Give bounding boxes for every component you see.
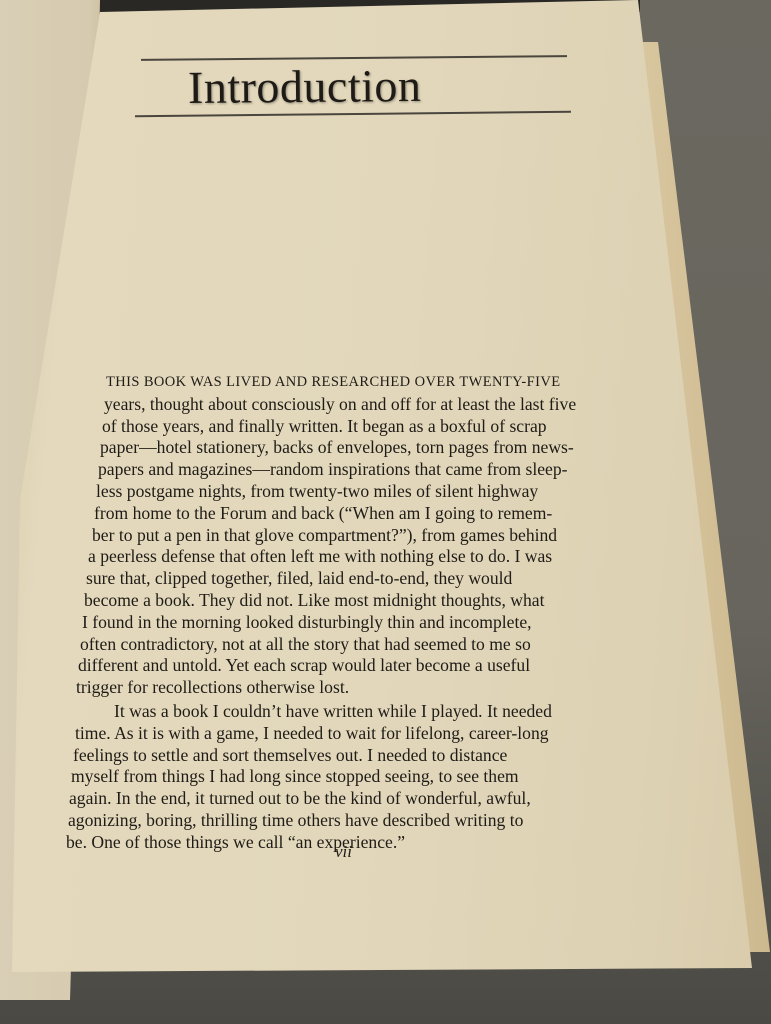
text-line: again. In the end, it turned out to be t… — [69, 788, 644, 810]
opening-line: THIS BOOK WAS LIVED AND RESEARCHED OVER … — [106, 372, 644, 394]
text-line: papers and magazines—random inspirations… — [98, 459, 644, 481]
text-line: a peerless defense that often left me wi… — [88, 546, 644, 568]
text-line: of those years, and finally written. It … — [102, 416, 644, 438]
text-line: I found in the morning looked disturbing… — [82, 612, 644, 634]
text-line: often contradictory, not at all the stor… — [80, 634, 644, 656]
page-content: Introduction THIS BOOK WAS LIVED AND RES… — [0, 0, 771, 1024]
text-line: less postgame nights, from twenty-two mi… — [96, 481, 644, 503]
text-line: ber to put a pen in that glove compartme… — [92, 525, 644, 547]
text-line: agonizing, boring, thrilling time others… — [68, 810, 644, 832]
text-line: from home to the Forum and back (“When a… — [94, 503, 644, 525]
text-line: different and untold. Yet each scrap wou… — [78, 655, 644, 677]
text-line: time. As it is with a game, I needed to … — [75, 723, 644, 745]
text-line: myself from things I had long since stop… — [71, 766, 644, 788]
text-line: It was a book I couldn’t have written wh… — [114, 701, 644, 723]
text-line: years, thought about consciously on and … — [104, 394, 644, 416]
text-line: paper—hotel stationery, backs of envelop… — [100, 437, 644, 459]
text-line: be. One of those things we call “an expe… — [66, 832, 644, 854]
text-line: become a book. They did not. Like most m… — [84, 590, 644, 612]
page-number: vii — [335, 842, 352, 862]
text-line: feelings to settle and sort themselves o… — [73, 745, 644, 767]
text-line: sure that, clipped together, filed, laid… — [86, 568, 644, 590]
text-line: trigger for recollections otherwise lost… — [76, 677, 644, 699]
chapter-title: Introduction — [188, 59, 422, 114]
body-text: THIS BOOK WAS LIVED AND RESEARCHED OVER … — [64, 372, 644, 854]
